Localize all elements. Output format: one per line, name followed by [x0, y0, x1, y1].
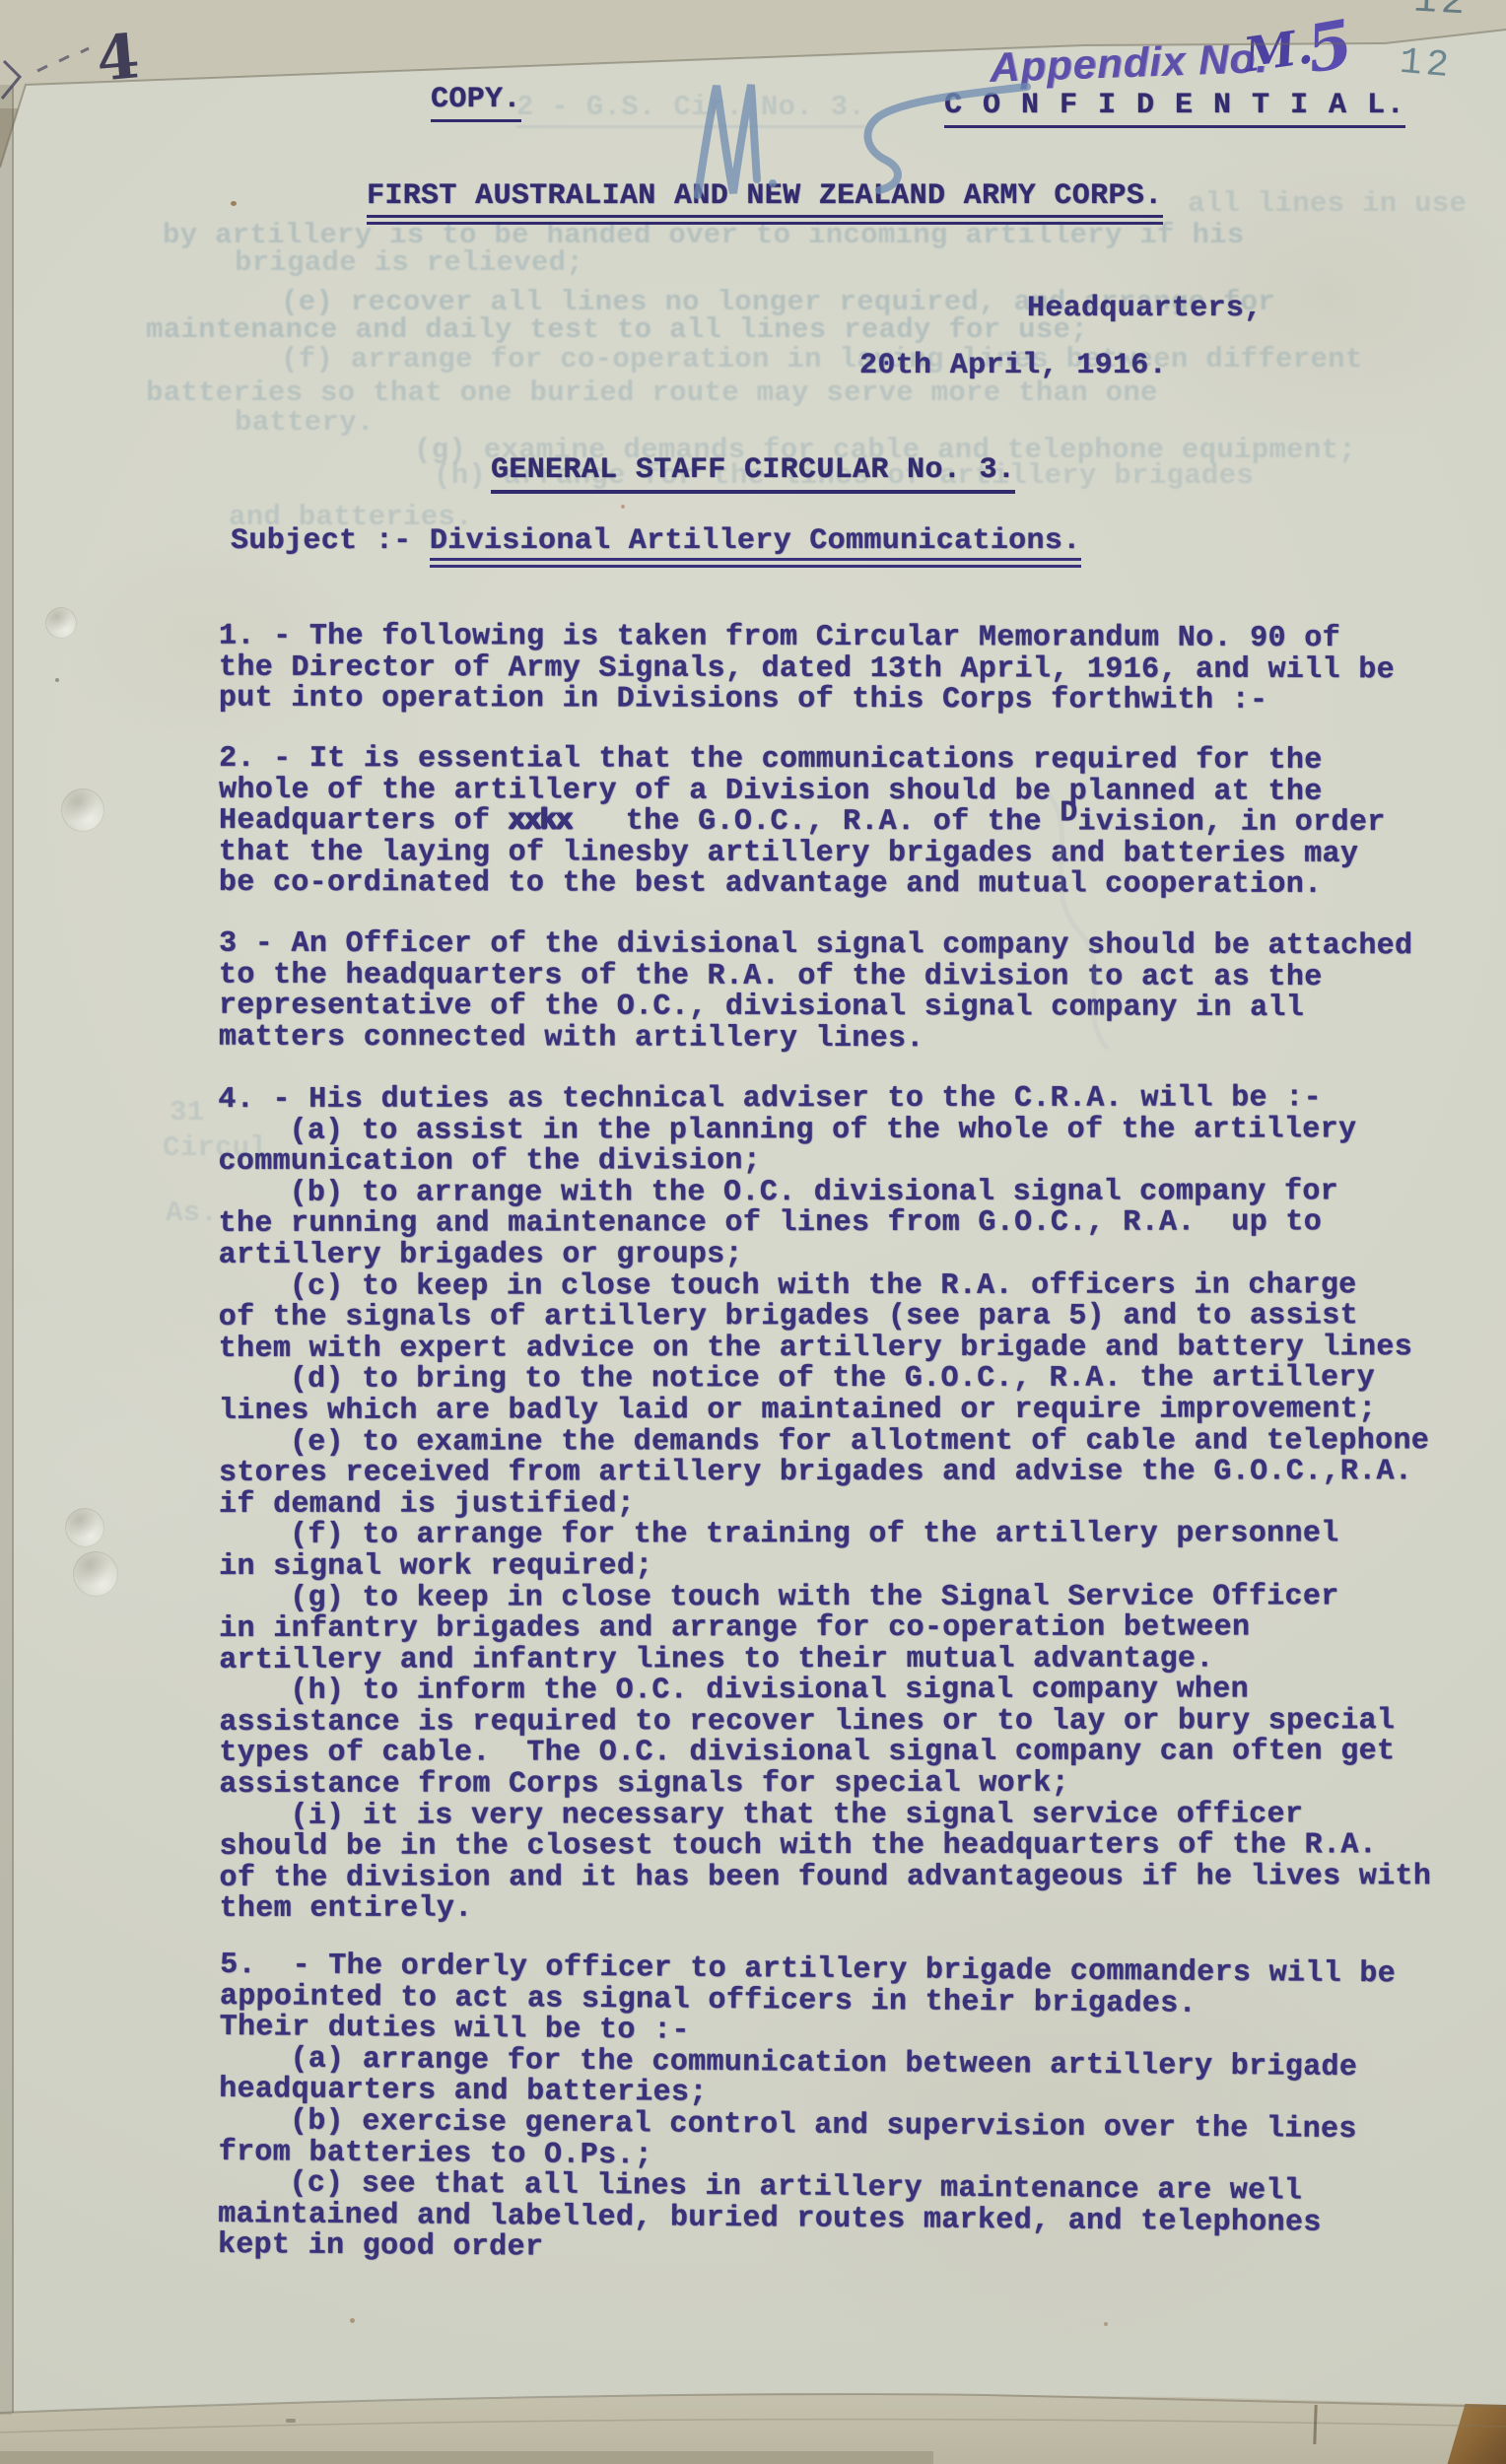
date-line: 20th April, 1916. — [859, 349, 1167, 382]
text-line: representative of the O.C., divisional s… — [219, 992, 1492, 1025]
text-line: be co-ordinated to the best advantage an… — [219, 868, 1492, 902]
line-segment: Headquarters of — [219, 804, 509, 839]
handwritten-page-number: 4 — [94, 20, 142, 95]
text-line: types of cable. The O.C. divisional sign… — [219, 1738, 1492, 1770]
raised-letter: D — [1060, 797, 1077, 831]
punch-embossing — [65, 1508, 104, 1547]
paper-speck — [1104, 2322, 1108, 2326]
confidential-text: C O N F I D E N T I A L. — [944, 89, 1405, 128]
headquarters-line: Headquarters, — [1027, 292, 1263, 325]
text-line: them entirely. — [220, 1893, 1493, 1926]
text-line: in infantry brigades and arrange for co-… — [219, 1612, 1492, 1645]
document-scan-page: 2 - G.S. Cir. No. 3. all lines in use by… — [0, 0, 1506, 2464]
paragraph-1: 1. - The following is taken from Circula… — [219, 622, 1492, 718]
paragraph-3: 3 - An Officer of the divisional signal … — [219, 929, 1492, 1057]
punch-embossing — [73, 1551, 118, 1597]
text-line: the running and maintenance of lines fro… — [219, 1207, 1492, 1240]
paper-speck — [621, 505, 625, 509]
text-line: artillery and infantry lines to their mu… — [219, 1644, 1492, 1677]
text-line: 4. - His duties as technical adviser to … — [218, 1083, 1491, 1116]
punch-embossing — [45, 607, 77, 639]
line-segment: the G.O.C., R.A. of the — [572, 805, 1061, 840]
text-line: that the laying of linesby artillery bri… — [219, 838, 1492, 871]
text-line: lines which are badly laid or maintained… — [219, 1395, 1492, 1427]
ghost-text-line: 2 - G.S. Cir. No. 3. — [516, 91, 865, 128]
text-line: communication of the division; — [218, 1145, 1491, 1178]
corner-page-number-clipped: 12 — [1412, 0, 1470, 26]
copy-label: COPY. — [431, 83, 521, 116]
circular-title-text: GENERAL STAFF CIRCULAR No. 3. — [491, 453, 1015, 494]
subject-title: Divisional Artillery Communications. — [430, 524, 1081, 568]
punch-embossing — [61, 788, 104, 832]
paragraph-5: 5. - The orderly officer to artillery br… — [218, 1951, 1493, 2272]
confidential-label: C O N F I D E N T I A L. — [944, 89, 1405, 122]
text-line: of the signals of artillery brigades (se… — [219, 1301, 1492, 1334]
paragraph-2: 2. - It is essential that the communicat… — [219, 744, 1492, 902]
text-line: put into operation in Divisions of this … — [219, 684, 1492, 718]
line-segment: ivision, in order — [1078, 806, 1386, 841]
ghost-text-line: maintenance and daily test to all lines … — [146, 313, 1088, 346]
ghost-text-line: (f) arrange for co-operation in laying l… — [281, 343, 1363, 376]
text-line: (f) to arrange for the training of the a… — [219, 1519, 1492, 1551]
corps-title-text: FIRST AUSTRALIAN AND NEW ZEALAND ARMY CO… — [367, 179, 1163, 225]
paper-speck — [231, 201, 237, 206]
appendix-stamp: Appendix No. — [989, 34, 1268, 92]
text-line: should be in the closest touch with the … — [219, 1830, 1492, 1863]
text-line: matters connected with artillery lines. — [219, 1022, 1492, 1056]
circular-title: GENERAL STAFF CIRCULAR No. 3. — [491, 453, 1015, 487]
corner-page-number: 12 — [1398, 41, 1454, 89]
text-line: stores received from artillery brigades … — [219, 1457, 1492, 1489]
text-line: assistance from Corps signals for specia… — [219, 1768, 1492, 1801]
text-line: assistance is required to recover lines … — [219, 1706, 1492, 1739]
text-line: (c) to keep in close touch with the R.A.… — [219, 1270, 1492, 1303]
text-line: 1. - The following is taken from Circula… — [219, 622, 1492, 655]
text-line: them with expert advice on the artillery… — [219, 1333, 1492, 1365]
text-line: of the division and it has been found ad… — [220, 1862, 1493, 1894]
left-page-edge — [0, 85, 12, 2415]
paragraph-4: 4. - His duties as technical adviser to … — [218, 1083, 1492, 1926]
paper-speck — [350, 2318, 355, 2323]
text-line: artillery brigades or groups; — [219, 1239, 1492, 1271]
paper-speck — [55, 678, 59, 682]
struck-out-word: xxkx — [509, 805, 572, 839]
ghost-text-line: brigade is relieved; — [235, 246, 583, 279]
subject-label: Subject :- — [231, 524, 430, 558]
bottom-shadow-strip — [0, 2451, 933, 2464]
ghost-text-fragment: As. — [166, 1197, 218, 1229]
text-line: in signal work required; — [219, 1550, 1492, 1583]
text-line: (e) to examine the demands for allotment… — [219, 1426, 1492, 1459]
text-line: if demand is justified; — [219, 1488, 1492, 1521]
text-line: (g) to keep in close touch with the Sign… — [219, 1582, 1492, 1614]
corps-title: FIRST AUSTRALIAN AND NEW ZEALAND ARMY CO… — [367, 179, 1163, 213]
copy-text: COPY. — [431, 83, 521, 122]
text-line: 2. - It is essential that the communicat… — [219, 744, 1492, 778]
subject-line: Subject :- Divisional Artillery Communic… — [231, 524, 1081, 558]
ghost-text-line: battery. — [235, 406, 375, 439]
text-line: (d) to bring to the notice of the G.O.C.… — [219, 1363, 1492, 1396]
text-line: (i) it is very necessary that the signal… — [219, 1800, 1492, 1832]
text-line: (b) to arrange with the O.C. divisional … — [219, 1177, 1492, 1209]
text-line-with-strikeout: Headquarters of xxkx the G.O.C., R.A. of… — [219, 806, 1492, 840]
ghost-text-fragment: 31 — [170, 1096, 204, 1129]
ghost-text-line: all lines in use — [1188, 187, 1467, 220]
text-line: 3 - An Officer of the divisional signal … — [219, 929, 1492, 963]
text-line: (h) to inform the O.C. divisional signal… — [219, 1675, 1492, 1707]
text-line: (a) to assist in the planning of the who… — [218, 1115, 1491, 1147]
paper-smudge — [286, 2419, 296, 2423]
